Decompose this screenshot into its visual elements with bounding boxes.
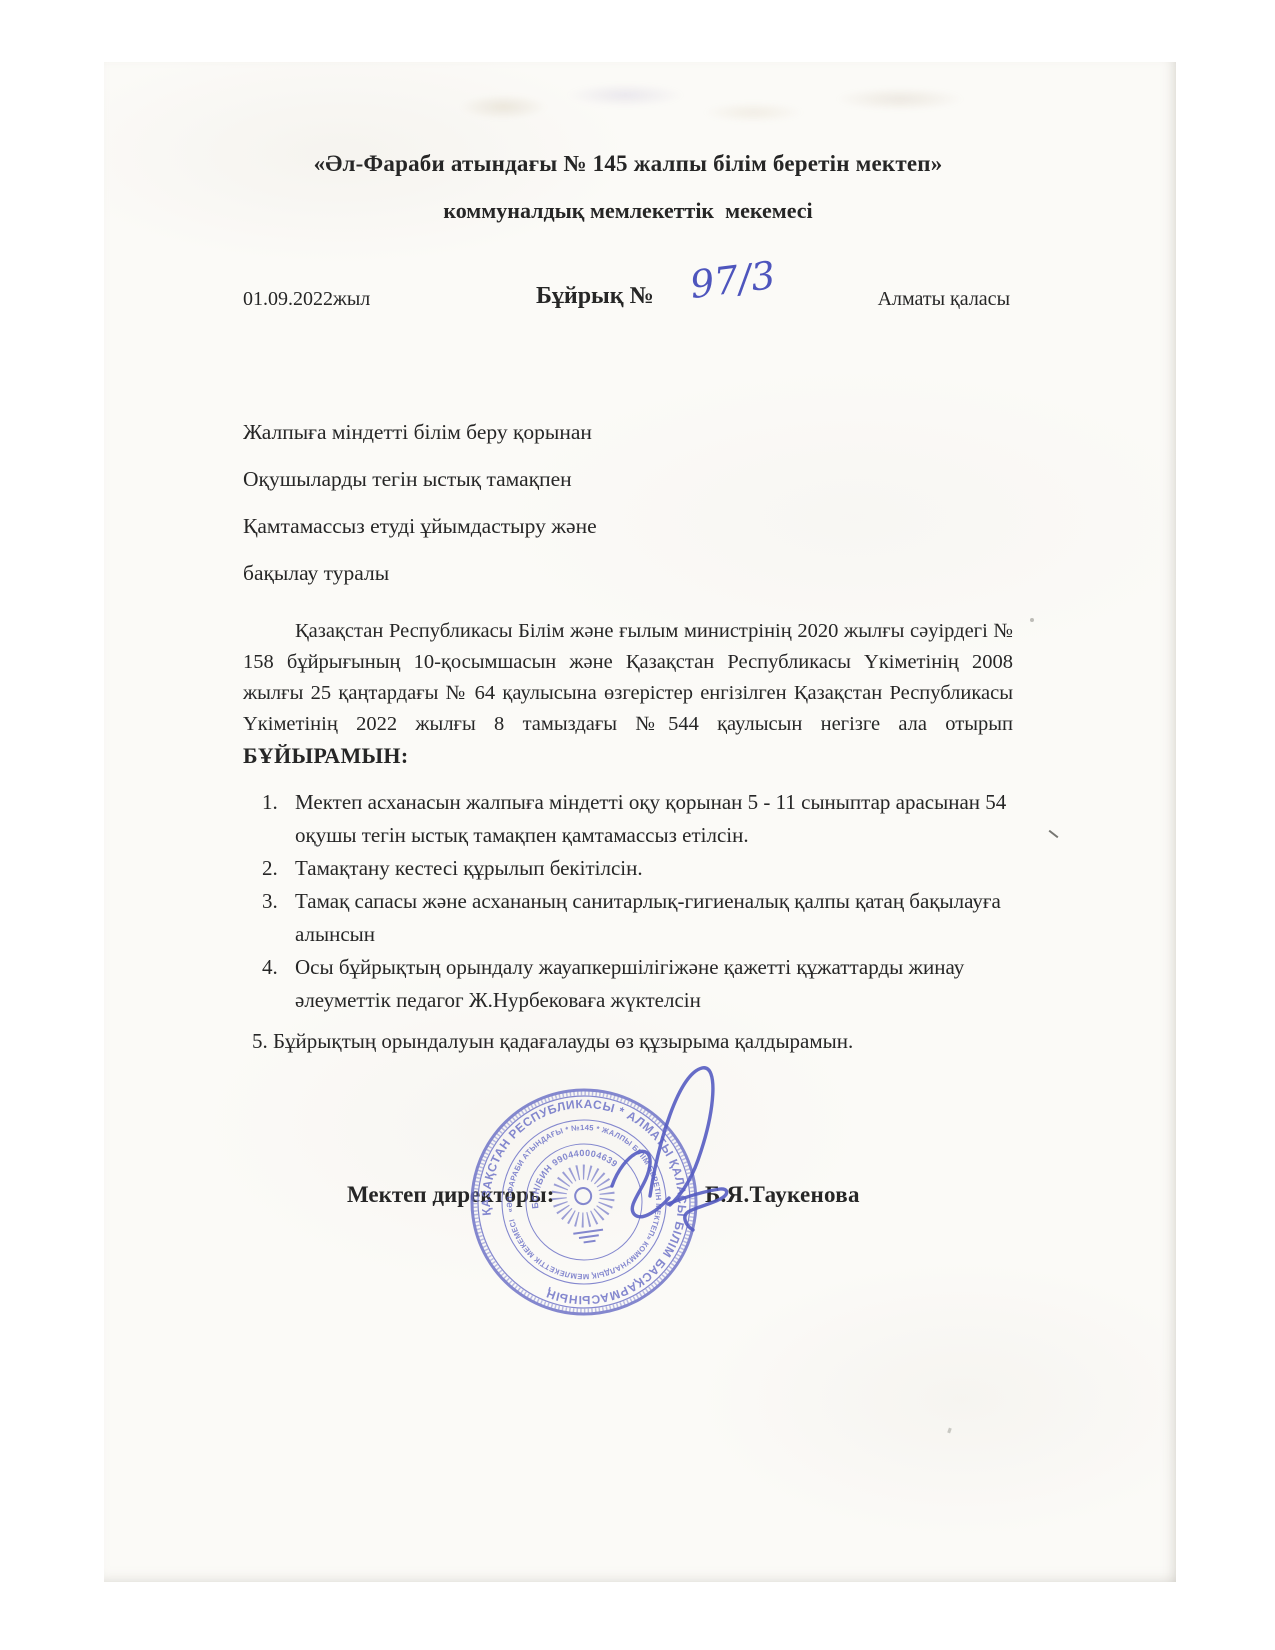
item-text: Тамақтану кестесі құрылып бекітілсін. bbox=[295, 852, 1010, 885]
order-number-handwritten: 97/3 bbox=[688, 253, 778, 307]
list-item: 4. Осы бұйрықтың орындалу жауапкершілігі… bbox=[262, 951, 1010, 1017]
list-item: 2. Тамақтану кестесі құрылып бекітілсін. bbox=[262, 852, 1010, 885]
order-preamble: Қазақстан Республикасы Білім және ғылым … bbox=[243, 616, 1013, 773]
org-name-line2: коммуналдық мемлекеттік мекемесі bbox=[243, 198, 1013, 224]
scanned-order-document: «Әл-Фараби атындағы № 145 жалпы білім бе… bbox=[0, 0, 1275, 1650]
item-text: Мектеп асханасын жалпыға міндетті оқу қо… bbox=[295, 786, 1010, 852]
preamble-decree-word: БҰЙЫРАМЫН: bbox=[243, 743, 408, 768]
order-date: 01.09.2022жыл bbox=[243, 288, 370, 311]
list-item-5: 5. Бұйрықтың орындалуын қадағалауды өз қ… bbox=[252, 1029, 1012, 1054]
list-item: 1. Мектеп асханасын жалпыға міндетті оқу… bbox=[262, 786, 1010, 852]
org-name-line1: «Әл-Фараби атындағы № 145 жалпы білім бе… bbox=[243, 151, 1013, 177]
order-subject: Жалпыға міндетті білім беру қорынан Оқуш… bbox=[243, 409, 883, 597]
city-label: Алматы қаласы bbox=[878, 288, 1010, 311]
subject-line: Оқушыларды тегін ыстық тамақпен bbox=[243, 456, 883, 503]
subject-line: Жалпыға міндетті білім беру қорынан bbox=[243, 409, 883, 456]
item-number: 4. bbox=[262, 951, 295, 1017]
item-number: 3. bbox=[262, 885, 295, 951]
document-content: «Әл-Фараби атындағы № 145 жалпы білім бе… bbox=[243, 0, 1013, 1650]
subject-line: Қамтамассыз етуді ұйымдастыру және bbox=[243, 503, 883, 550]
director-name: Б.Я.Таукенова bbox=[705, 1182, 860, 1208]
order-number-label: Бұйрық № bbox=[536, 283, 654, 310]
scan-speck bbox=[1030, 618, 1034, 622]
item-number: 1. bbox=[262, 786, 295, 852]
item-text: Осы бұйрықтың орындалу жауапкершілігіжән… bbox=[295, 951, 1010, 1017]
list-item: 3. Тамақ сапасы және асхананың санитарлы… bbox=[262, 885, 1010, 951]
subject-line: бақылау туралы bbox=[243, 550, 883, 597]
item-text: Тамақ сапасы және асхананың санитарлық-г… bbox=[295, 885, 1010, 951]
director-role-label: Мектеп директоры: bbox=[347, 1182, 554, 1208]
order-items-list: 1. Мектеп асханасын жалпыға міндетті оқу… bbox=[262, 786, 1010, 1017]
item-number: 2. bbox=[262, 852, 295, 885]
preamble-text: Қазақстан Республикасы Білім және ғылым … bbox=[243, 620, 1013, 735]
